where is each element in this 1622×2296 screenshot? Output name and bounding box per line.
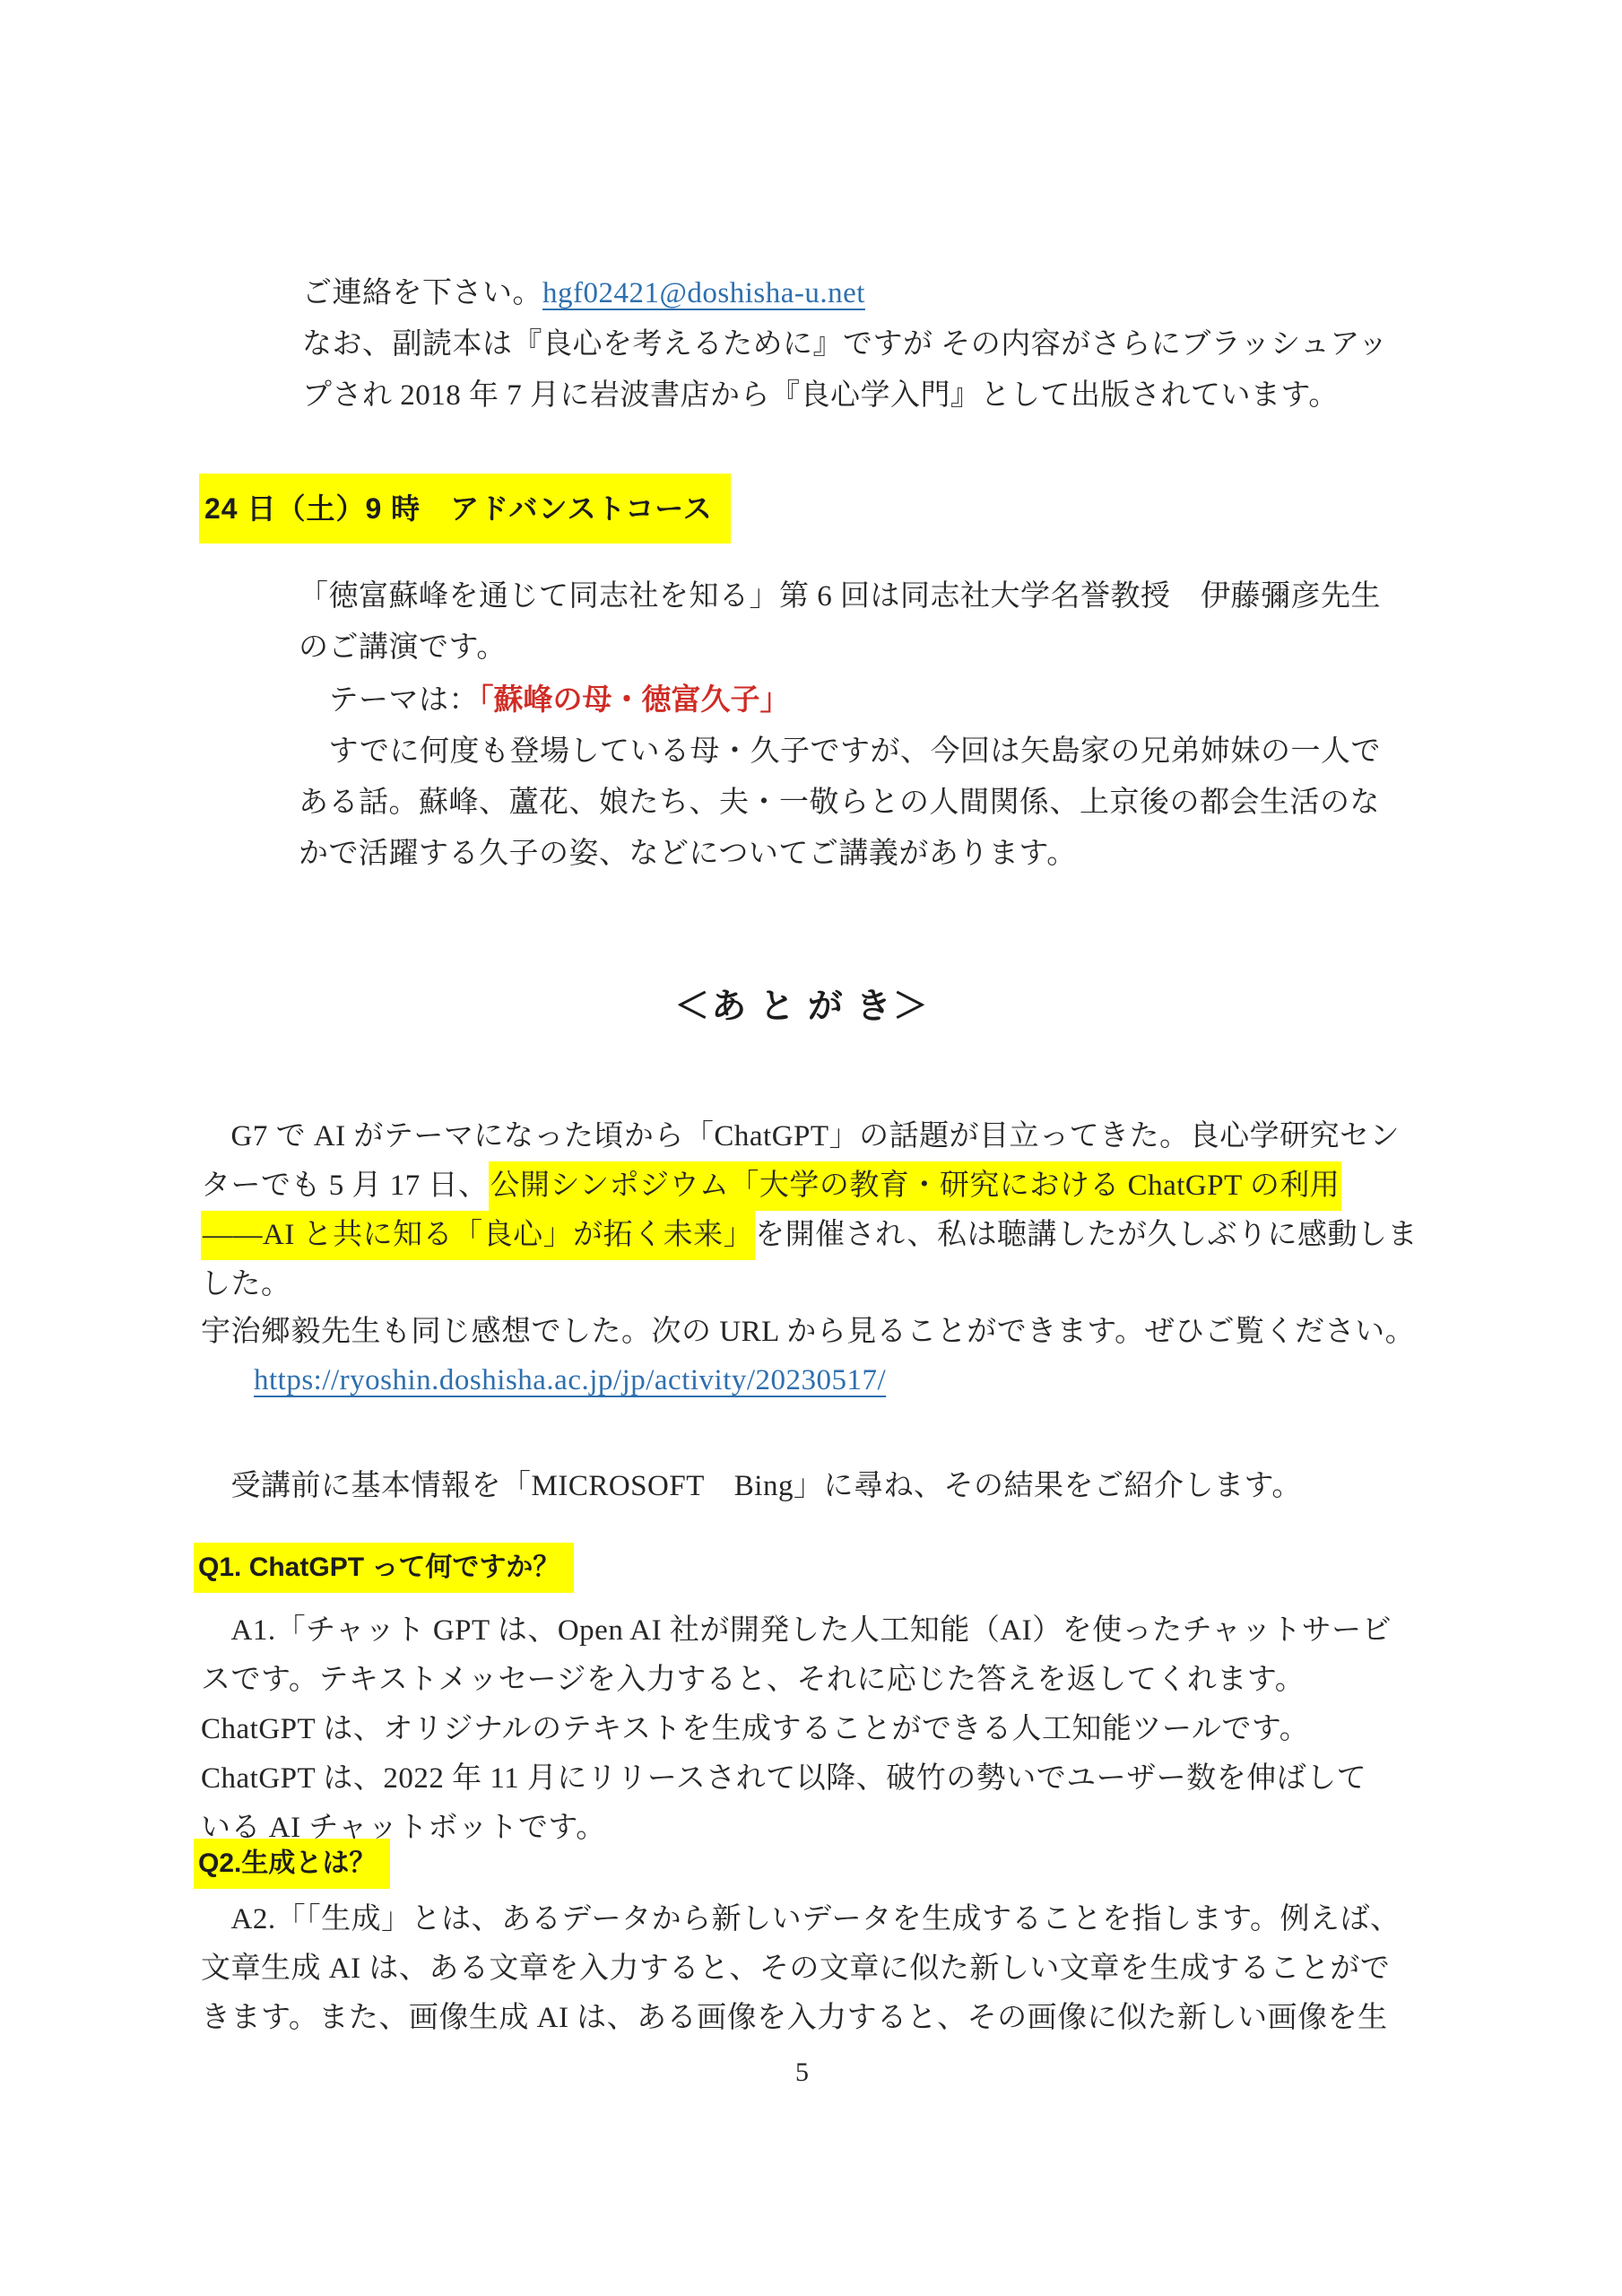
text-run: 宇治郷毅先生も同じ感想でした。次の URL から見ることができます。ぜひご覧くだ… (201, 1316, 1415, 1348)
text-run: A1.「チャット GPT は、Open AI 社が開発した人工知能（AI）を使っ… (201, 1614, 1392, 1844)
text-run: すでに何度も登場している母・久子ですが、今回は矢島家の兄弟姉妹の一人である話。蘇… (299, 735, 1381, 870)
bing-intro-paragraph: 受講前に基本情報を「MICROSOFT Bing」に尋ね、その結果をご紹介します… (201, 1462, 1474, 1511)
uji-comment-paragraph: 宇治郷毅先生も同じ感想でした。次の URL から見ることができます。ぜひご覧くだ… (201, 1308, 1474, 1357)
page-number: 5 (201, 2057, 1403, 2088)
activity-url-line: https://ryoshin.doshisha.ac.jp/jp/activi… (254, 1356, 1527, 1405)
activity-url-link[interactable]: https://ryoshin.doshisha.ac.jp/jp/activi… (254, 1364, 886, 1396)
answer2-paragraph: A2.「「生成」とは、あるデータから新しいデータを生成することを指します。例えば… (201, 1895, 1474, 2043)
text-run: A2.「「生成」とは、あるデータから新しいデータを生成することを指します。例えば… (201, 1903, 1400, 2034)
intro-paragraph: ご連絡を下さい。hgf02421@doshisha-u.netなお、副読本は『良… (302, 268, 1441, 422)
question1-heading: Q1. ChatGPT って何ですか？ (194, 1543, 574, 1593)
course-description-paragraph: 「徳富蘇峰を通じて同志社を知る」第 6 回は同志社大学名誉教授 伊藤彌彦先生のご… (299, 571, 1437, 880)
lecture-theme: 「蘇峰の母・徳富久子」 (479, 683, 790, 716)
afterword-heading: ＜あ と が き＞ (201, 978, 1403, 1029)
chatgpt-intro-paragraph: G7 で AI がテーマになった頃から「ChatGPT」の話題が目立ってきた。良… (201, 1112, 1474, 1309)
email-link[interactable]: hgf02421@doshisha-u.net (542, 277, 865, 309)
answer1-paragraph: A1.「チャット GPT は、Open AI 社が開発した人工知能（AI）を使っ… (201, 1606, 1474, 1853)
text-run: なお、副読本は『良心を考えるために』ですが その内容がさらにブラッシュアップされ… (302, 328, 1388, 412)
question2-heading: Q2.生成とは？ (194, 1839, 390, 1889)
document-page: ご連絡を下さい。hgf02421@doshisha-u.netなお、副読本は『良… (0, 0, 1622, 2296)
advanced-course-heading: 24 日（土）9 時 アドバンストコース (199, 474, 731, 544)
text-run: ご連絡を下さい。 (302, 277, 542, 309)
text-run: 「徳富蘇峰を通じて同志社を知る」第 6 回は同志社大学名誉教授 伊藤彌彦先生のご… (299, 580, 1381, 717)
text-run: 受講前に基本情報を「MICROSOFT Bing」に尋ね、その結果をご紹介します… (201, 1470, 1302, 1502)
